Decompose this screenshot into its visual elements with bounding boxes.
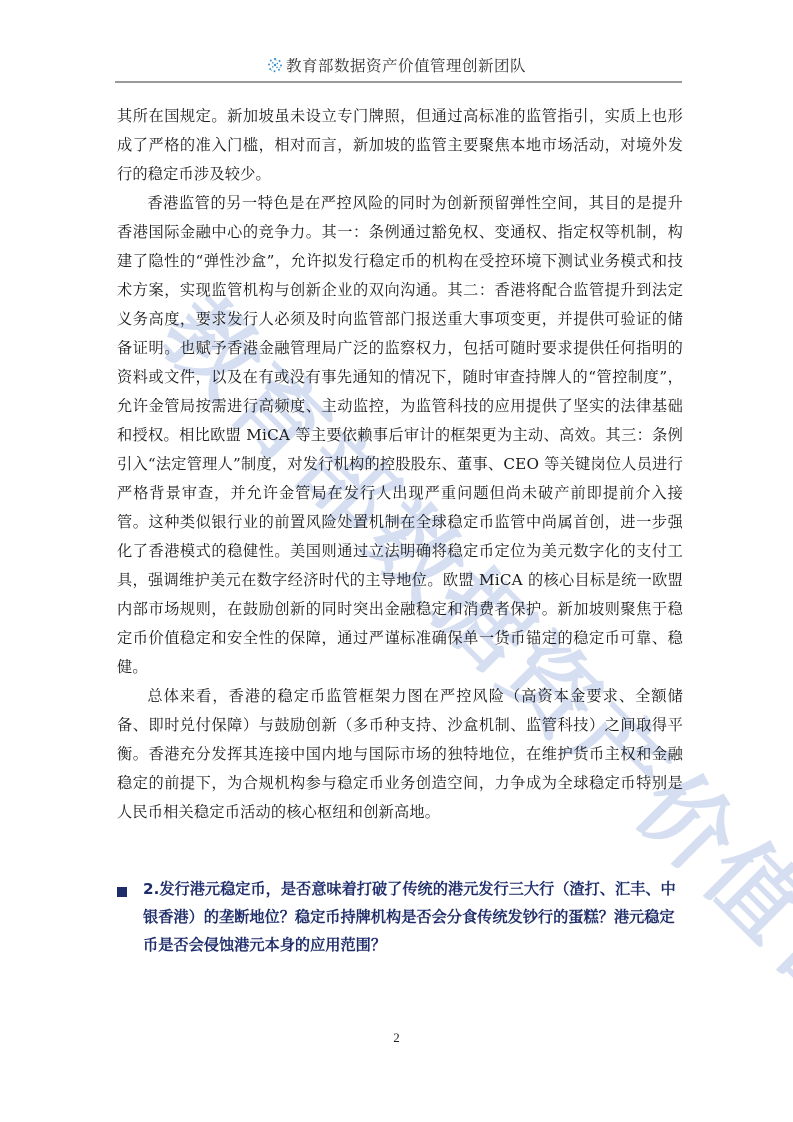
square-bullet-icon xyxy=(117,887,127,897)
dotted-network-logo-icon xyxy=(267,57,283,73)
header-title: 教育部数据资产价值管理创新团队 xyxy=(286,57,526,75)
paragraph-3: 总体来看，香港的稳定币监管框架力图在严控风险（高资本金要求、全额储备、即时兑付保… xyxy=(117,682,683,827)
page-header: 教育部数据资产价值管理创新团队 xyxy=(0,54,793,76)
header-divider xyxy=(115,81,682,83)
page-number: 2 xyxy=(0,1030,793,1046)
paragraph-2: 香港监管的另一特色是在严控风险的同时为创新预留弹性空间，其目的是提升香港国际金融… xyxy=(117,189,683,682)
section-heading: 2.发行港元稳定币，是否意味着打破了传统的港元发行三大行（渣打、汇丰、中银香港）… xyxy=(117,881,683,959)
paragraph-1: 其所在国规定。新加坡虽未设立专门牌照，但通过高标准的监管指引，实质上也形成了严格… xyxy=(117,102,683,189)
section-heading-text: 2.发行港元稳定币，是否意味着打破了传统的港元发行三大行（渣打、汇丰、中银香港）… xyxy=(143,875,683,959)
document-body: 其所在国规定。新加坡虽未设立专门牌照，但通过高标准的监管指引，实质上也形成了严格… xyxy=(117,102,683,827)
